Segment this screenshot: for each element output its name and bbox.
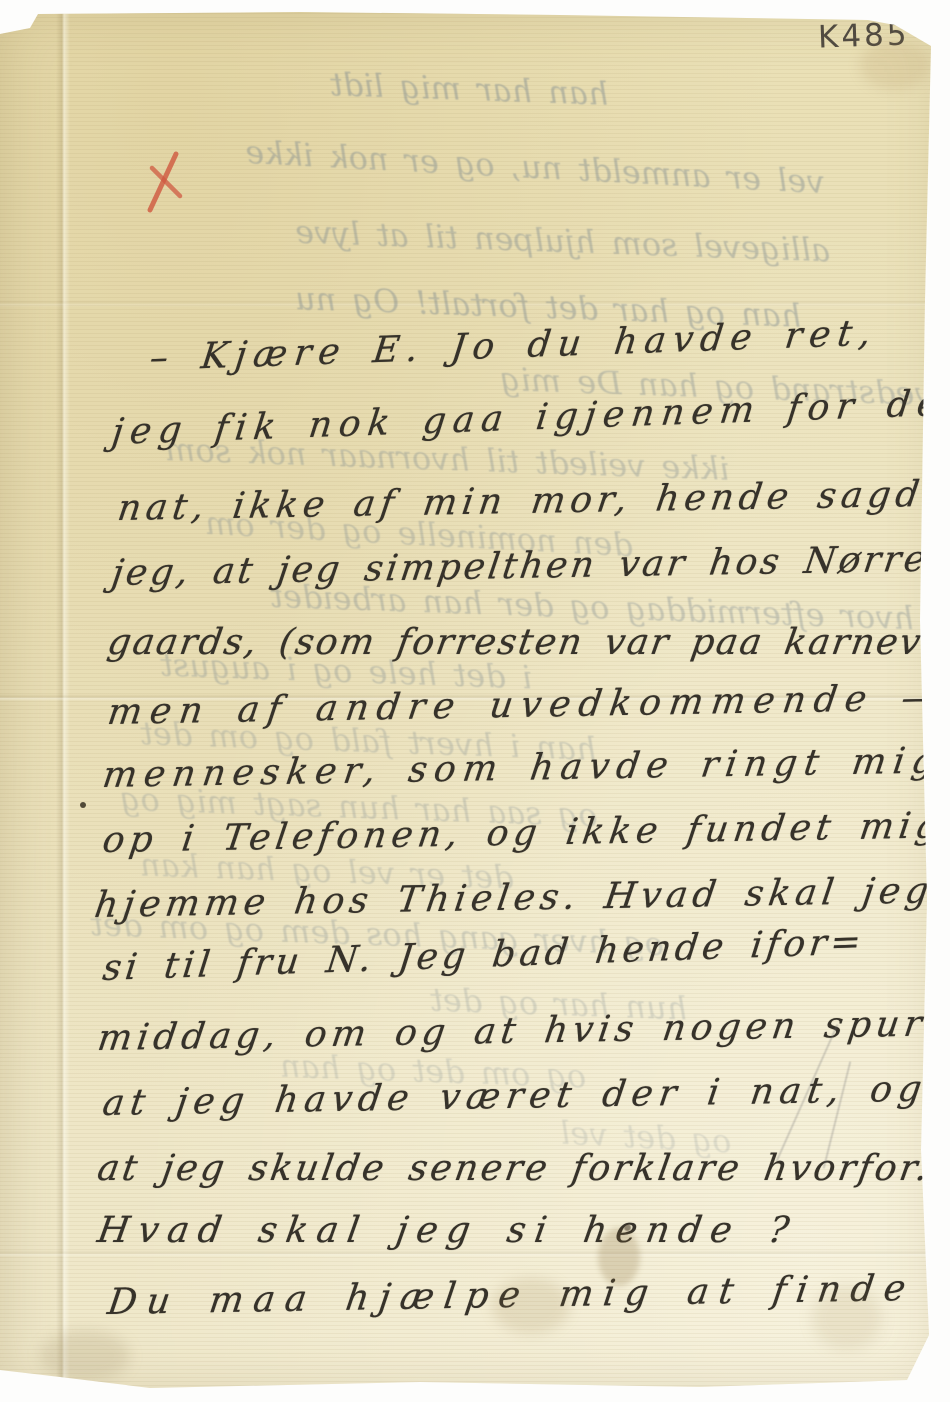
paper-stain bbox=[860, 40, 930, 90]
paper-stain bbox=[492, 1278, 570, 1334]
ink-stain bbox=[598, 1228, 640, 1286]
ink-line: gaards, (som forresten var paa karneval) bbox=[105, 622, 950, 663]
bleed-line: han har mig lidt bbox=[329, 65, 609, 113]
ink-line: jeg, at jeg simpelthen var hos Nørre= bbox=[109, 538, 950, 594]
ink-line: at jeg skulde senere forklare hvorfor. bbox=[95, 1148, 934, 1189]
letter-sheet: han har mig lidtvel er anmeldt nu, og er… bbox=[0, 0, 950, 1402]
ink-line: nat, ikke af min mor, hende sagde bbox=[115, 473, 950, 529]
ink-speck bbox=[80, 802, 86, 808]
scan-background: han har mig lidtvel er anmeldt nu, og er… bbox=[0, 0, 950, 1402]
ink-line: middag, om og at hvis nogen spurgte bbox=[95, 1002, 950, 1059]
bleed-line: alligevel som hjulpen til at lyve bbox=[294, 213, 830, 270]
red-cross-mark bbox=[142, 150, 188, 216]
ink-line: Hvad skal jeg si hende ? bbox=[95, 1210, 801, 1251]
ink-speck bbox=[624, 1224, 631, 1231]
paper-stain bbox=[812, 1286, 882, 1350]
vertical-fold-crease bbox=[56, 0, 70, 1402]
paper-stain bbox=[40, 1330, 130, 1382]
horizontal-crease bbox=[0, 1250, 950, 1257]
bleed-line: vel er anmeldt nu, og er nok ikke bbox=[244, 133, 825, 201]
